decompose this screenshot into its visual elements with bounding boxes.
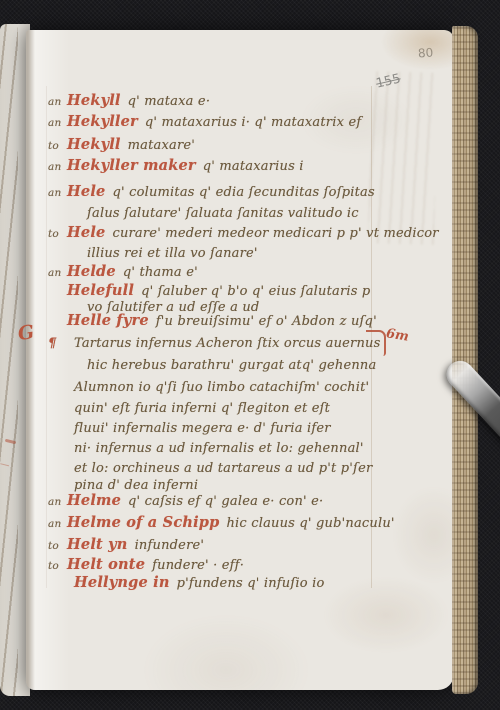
entry-lemma: Helle fyre	[67, 312, 149, 329]
entry-gloss: q' ſaluber q' b'o q' eius ſalutaris p	[141, 284, 370, 299]
left-margin-red-mark: G	[17, 321, 36, 345]
manuscript-line: toHelt ontefundere' · eff·	[48, 556, 398, 576]
entry-lemma: Helme	[67, 492, 121, 509]
entry-prefix: an	[48, 496, 65, 508]
manuscript-line: ni· infernus a ud infernalis et lo: gehe…	[48, 439, 398, 459]
entry-lemma: Hekyller	[67, 113, 138, 130]
entry-gloss: pina d' dea inferni	[74, 478, 198, 493]
entry-lemma: Hekyll	[67, 136, 121, 153]
entry-gloss: Alumnon io q'ſi ſuo limbo catachiſm' coc…	[74, 380, 369, 395]
manuscript-line: ſalus ſalutare' ſaluata ſanitas valitudo…	[48, 204, 398, 224]
entry-gloss: mataxare'	[128, 138, 195, 153]
entry-lemma: Helme of a Schipp	[67, 514, 219, 531]
manuscript-line: Alumnon io q'ſi ſuo limbo catachiſm' coc…	[48, 378, 398, 398]
entry-prefix: an	[48, 161, 65, 173]
entry-gloss: ſalus ſalutare' ſaluata ſanitas valitudo…	[87, 206, 359, 221]
entry-prefix: to	[48, 560, 65, 572]
entry-gloss: illius rei et illa vo ſanare'	[87, 246, 258, 261]
entry-lemma: Helt yn	[67, 536, 128, 553]
manuscript-line: toHelt yninfundere'	[48, 536, 398, 556]
entry-lemma: Helefull	[67, 282, 134, 299]
entry-lemma: Hekyll	[67, 92, 121, 109]
entry-gloss: Tartarus infernus Acheron ſtix orcus aue…	[74, 336, 380, 351]
entry-gloss: curare' mederi medeor medicari p p' vt m…	[112, 226, 438, 241]
manuscript-line: anHekyllerq' mataxarius i· q' mataxatrix…	[48, 113, 398, 133]
manuscript-line: hic herebus barathru' gurgat atq' gehenn…	[48, 356, 398, 376]
manuscript-line: anHekyller makerq' mataxarius i	[48, 157, 398, 177]
entry-prefix: an	[48, 117, 65, 129]
entry-gloss: f'u breuiſsimu' ef o' Abdon z uſq'	[156, 314, 377, 329]
entry-prefix: to	[48, 228, 65, 240]
manuscript-line: Hellynge inp'fundens q' infuſio io	[48, 574, 398, 594]
manuscript-line: anHeleq' columitas q' edia ſecunditas ſo…	[48, 183, 398, 203]
entry-gloss: q' caſsis ef q' galea e· con' e·	[128, 494, 323, 509]
entry-gloss: q' mataxarius i· q' mataxatrix ef	[145, 115, 361, 130]
paraph-mark-icon: ¶	[48, 336, 65, 351]
verso-red-ink-fragment	[5, 439, 16, 445]
manuscript-line: quin' eſt furia inferni q' flegiton et e…	[48, 399, 398, 419]
manuscript-line: ¶Tartarus infernus Acheron ſtix orcus au…	[48, 334, 398, 354]
entry-gloss: q' mataxa e·	[128, 94, 211, 109]
entry-gloss: p'fundens q' infuſio io	[177, 576, 325, 591]
entry-lemma: Hekyller maker	[67, 157, 196, 174]
entry-prefix: an	[48, 187, 65, 199]
entry-prefix: an	[48, 96, 65, 108]
manuscript-line: Helle fyref'u breuiſsimu' ef o' Abdon z …	[48, 312, 398, 332]
manuscript-line: anHeldeq' thama e'	[48, 263, 398, 283]
entry-gloss: infundere'	[135, 538, 205, 553]
entry-prefix: to	[48, 540, 65, 552]
entry-prefix: an	[48, 518, 65, 530]
entry-gloss: et lo: orchineus a ud tartareus a ud p't…	[74, 461, 372, 476]
ruling-line-left	[46, 86, 47, 588]
entry-gloss: ni· infernus a ud infernalis et lo: gehe…	[74, 441, 364, 456]
entry-gloss: hic herebus barathru' gurgat atq' gehenn…	[87, 358, 376, 373]
entry-gloss: q' thama e'	[123, 265, 198, 280]
manuscript-line: illius rei et illa vo ſanare'	[48, 244, 398, 264]
manuscript-line: anHekyllq' mataxa e·	[48, 92, 398, 112]
entry-gloss: hic clauus q' gub'naculu'	[226, 516, 394, 531]
manuscript-line: anHelmeq' caſsis ef q' galea e· con' e·	[48, 492, 398, 512]
manuscript-line: toHelecurare' mederi medeor medicari p p…	[48, 224, 398, 244]
entry-lemma: Hele	[67, 224, 105, 241]
photo-stage: 80 155 G 6m anHekyllq' mataxa e· anHekyl…	[0, 0, 500, 710]
pencil-folio-number: 80	[418, 45, 434, 60]
manuscript-line: toHekyllmataxare'	[48, 136, 398, 156]
entry-lemma: Hellynge in	[74, 574, 170, 591]
manuscript-page: 80 155 G 6m anHekyllq' mataxa e· anHekyl…	[26, 30, 454, 690]
entry-gloss: quin' eſt furia inferni q' flegiton et e…	[74, 401, 330, 416]
entry-gloss: q' mataxarius i	[203, 159, 304, 174]
manuscript-line: fluui' infernalis megera e· d' furia ife…	[48, 419, 398, 439]
entry-lemma: Helt onte	[67, 556, 145, 573]
entry-prefix: to	[48, 140, 65, 152]
entry-gloss: q' columitas q' edia ſecunditas ſoſpitas	[112, 185, 374, 200]
entry-gloss: fluui' infernalis megera e· d' furia ife…	[74, 421, 331, 436]
entry-lemma: Helde	[67, 263, 116, 280]
entry-lemma: Hele	[67, 183, 105, 200]
entry-gloss: fundere' · eff·	[152, 558, 244, 573]
manuscript-line: anHelme of a Schipphic clauus q' gub'nac…	[48, 514, 398, 534]
entry-prefix: an	[48, 267, 65, 279]
